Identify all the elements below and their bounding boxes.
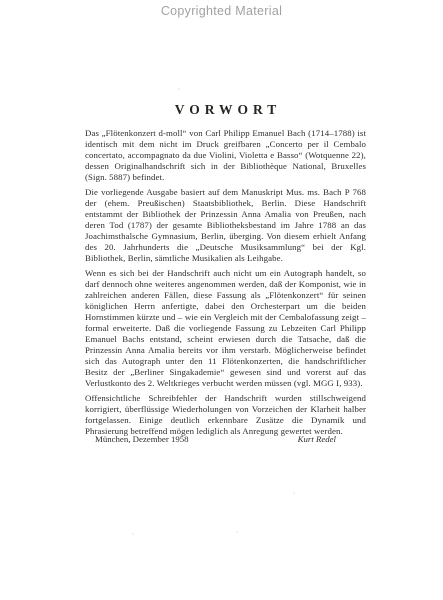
- foreword-paragraph-2: Die vorliegende Ausgabe basiert auf dem …: [85, 187, 366, 264]
- signature-row: München, Dezember 1958 Kurt Redel: [95, 434, 366, 444]
- foreword-text-block: Das „Flötenkonzert d-moll“ von Carl Phil…: [85, 128, 366, 441]
- scan-speck: [178, 88, 180, 90]
- signature-place-date: München, Dezember 1958: [95, 434, 189, 444]
- signature-name: Kurt Redel: [298, 434, 336, 444]
- foreword-paragraph-4: Offensichtliche Schreibfehler der Handsc…: [85, 393, 366, 437]
- book-page: Copyrighted Material VORWORT Das „Flöten…: [0, 0, 443, 600]
- foreword-paragraph-1: Das „Flötenkonzert d-moll“ von Carl Phil…: [85, 128, 366, 183]
- scan-speck: [293, 492, 295, 494]
- scan-speck: [236, 531, 238, 533]
- foreword-paragraph-3: Wenn es sich bei der Handschrift auch ni…: [85, 268, 366, 389]
- scan-speck: [132, 533, 134, 535]
- page-title: VORWORT: [85, 102, 366, 118]
- copyright-watermark: Copyrighted Material: [0, 4, 443, 18]
